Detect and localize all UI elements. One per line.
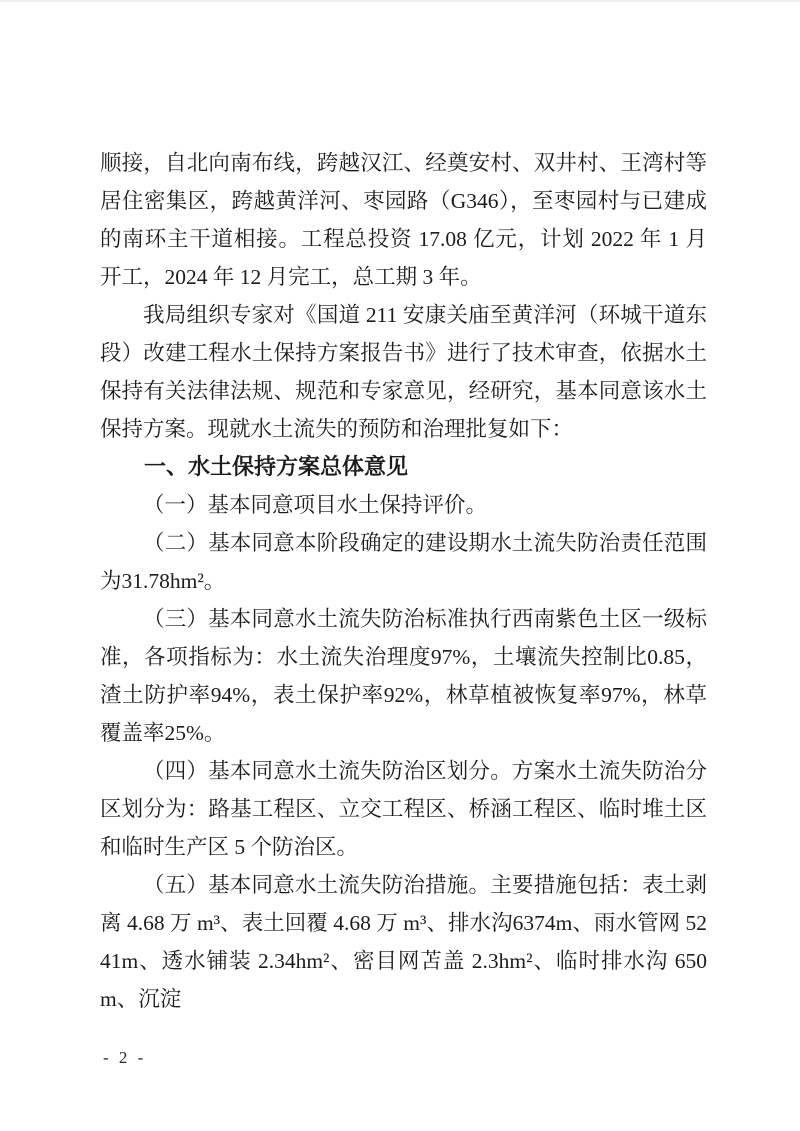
paragraph: 顺接，自北向南布线，跨越汉江、经奠安村、双井村、王湾村等居住密集区，跨越黄洋河、…	[100, 144, 707, 296]
paragraph: 我局组织专家对《国道 211 安康关庙至黄洋河（环城干道东段）改建工程水土保持方…	[100, 296, 707, 448]
paragraph: （一）基本同意项目水土保持评价。	[100, 486, 707, 524]
section-heading: 一、水土保持方案总体意见	[100, 448, 707, 486]
paragraph: （二）基本同意本阶段确定的建设期水土流失防治责任范围为31.78hm²。	[100, 524, 707, 600]
paragraph: （三）基本同意水土流失防治标准执行西南紫色土区一级标准，各项指标为：水土流失治理…	[100, 600, 707, 752]
paragraph: （五）基本同意水土流失防治措施。主要措施包括：表土剥离 4.68 万 m³、表土…	[100, 866, 707, 1018]
page-number: - 2 -	[103, 1048, 146, 1068]
paragraph: （四）基本同意水土流失防治区划分。方案水土流失防治分区划分为：路基工程区、立交工…	[100, 752, 707, 866]
document-page: 顺接，自北向南布线，跨越汉江、经奠安村、双井村、王湾村等居住密集区，跨越黄洋河、…	[0, 0, 800, 1131]
document-body: 顺接，自北向南布线，跨越汉江、经奠安村、双井村、王湾村等居住密集区，跨越黄洋河、…	[100, 144, 707, 1018]
